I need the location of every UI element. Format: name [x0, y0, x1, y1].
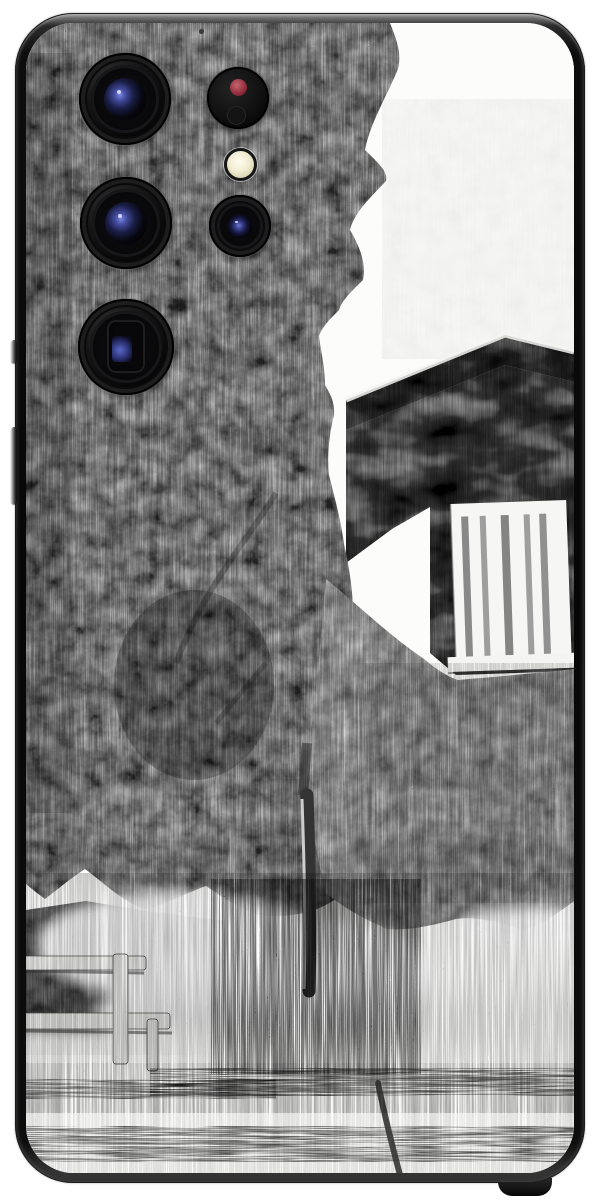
power-button [11, 340, 17, 363]
volume-rocker [11, 427, 17, 504]
product-photo [0, 0, 600, 1199]
sky-faint-texture [382, 99, 574, 359]
microphone-hole [199, 29, 204, 34]
sketch-skin [26, 23, 574, 1173]
sketch-artwork [26, 23, 574, 1173]
shuttered-window [442, 500, 574, 674]
phone-back [15, 13, 585, 1183]
